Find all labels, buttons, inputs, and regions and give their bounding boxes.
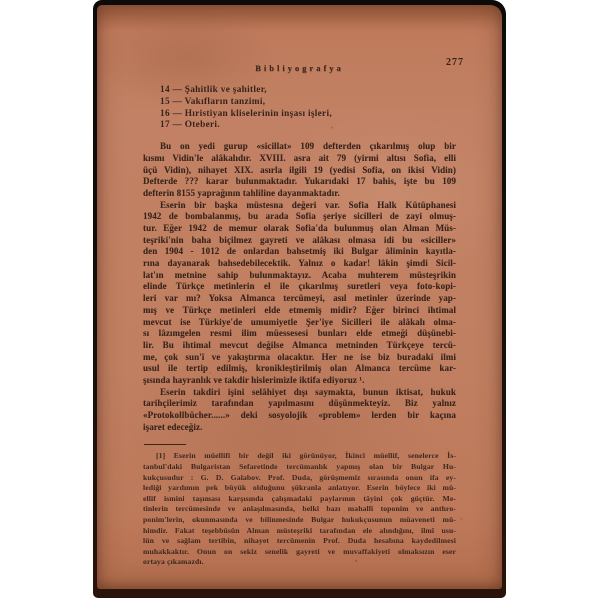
footnote-line: [1] Eserin müellifi bir değil iki görünü…	[143, 451, 456, 462]
paragraph-line: lir. Bu ihtimal mevcut değilse Almanca m…	[143, 340, 456, 352]
footnote-line: lediği yardımın pek büyük olduğunu şükra…	[143, 483, 456, 494]
paragraph-line: Bu on yedi gurup «sicillat» 109 defterde…	[143, 141, 456, 153]
paragraph-line: rına dayanarak bahsedebilecektik. Yalnız…	[143, 258, 456, 270]
paragraph-1: Bu on yedi gurup «sicillat» 109 defterde…	[143, 141, 456, 199]
paragraph-line: Defterde ??? karar bulunmaktadır. Yukarı…	[143, 176, 456, 188]
footnote-line: tinlerin tercümesinde ve anlaşılmasında,…	[143, 504, 456, 515]
page-text-column: Bibliyografya 277 14 — Şahitlik ve şahit…	[143, 5, 456, 568]
paragraph-line: mış ve Türkçe metinleri elde etmemiş mid…	[143, 305, 456, 317]
running-header: Bibliyografya 277	[143, 58, 456, 71]
paragraph-line: işaret edeceğiz.	[143, 422, 456, 434]
footnote-line: lün ve sağlam tertibin, nihayet tercümen…	[143, 536, 456, 547]
paragraph-line: tarihçilerimiz tarafından yapılmasını dü…	[143, 398, 456, 410]
paragraph-3: Eserin takdiri işini selâhiyet dışı saym…	[143, 387, 456, 434]
footnote-line: kukçusudur : G. D. Galabov. Prof. Duda, …	[143, 473, 456, 484]
paragraph-line: me, çok sun'î ve yakıştırma olacaktır. H…	[143, 352, 456, 364]
footnote: [1] Eserin müellifi bir değil iki görünü…	[143, 451, 456, 568]
paragraph-line: Eserin bir başka müstesna değeri var. So…	[143, 200, 456, 212]
footnote-line: ortaya çıkamazdı.	[143, 557, 456, 568]
paragraph-line: mevcut ise Türkiye'de umumiyetle Şer'iye…	[143, 317, 456, 329]
footnote-line: ellif ismini taşıması karşısında çalışma…	[143, 494, 456, 505]
paragraph-line: defterin 8155 yaprağının tahliline dayan…	[143, 188, 456, 200]
paragraph-line: şısında hayranlık ve takdir hislerimizle…	[143, 375, 456, 387]
scan-background: Bibliyografya 277 14 — Şahitlik ve şahit…	[0, 0, 600, 600]
paragraph-line: lat'ın metnine sahip bulunmaktayız. Acab…	[143, 270, 456, 282]
paragraph-line: leri var mı? Yoksa Almanca tercümeyi, as…	[143, 293, 456, 305]
numbered-list: 14 — Şahitlik ve şahitler,15 — Vakıfları…	[160, 85, 456, 132]
paragraph-line: teşriki'nin baha biçilmez gayreti ve alâ…	[143, 235, 456, 247]
paragraph-line: elinde Türkçe metinlerin el ile çıkarılm…	[143, 281, 456, 293]
paragraph-2: Eserin bir başka müstesna değeri var. So…	[143, 200, 456, 387]
footnote-line: ponim'lerin, okunmasında ve bilinmesinde…	[143, 515, 456, 526]
paragraph-line: usul ile tertip edilmiş, kronikleştirilm…	[143, 363, 456, 375]
book-page-photo: Bibliyografya 277 14 — Şahitlik ve şahit…	[93, 0, 506, 598]
page-number: 277	[446, 57, 464, 68]
footnote-line: tanbul'daki Bulgaristan Sefaretinde terc…	[143, 462, 456, 473]
book-page-paper: Bibliyografya 277 14 — Şahitlik ve şahit…	[97, 5, 502, 589]
list-item: 16 — Hıristiyan kliselerinin inşası işle…	[160, 109, 456, 121]
header-title: Bibliyografya	[255, 63, 344, 73]
footnote-line: himdir. Fakat teşebbüsün Alman müsteşrik…	[143, 526, 456, 537]
paragraph-line: den 1904 - 1012 de onlardan bahsetmiş ik…	[143, 246, 456, 258]
list-item: 17 — Öteberi.	[160, 120, 456, 132]
list-item: 14 — Şahitlik ve şahitler,	[160, 85, 456, 97]
paragraph-line: Eserin takdiri işini selâhiyet dışı saym…	[143, 387, 456, 399]
paragraph-line: 1942 de bombalanmış, bu arada Sofia şeri…	[143, 211, 456, 223]
list-item: 15 — Vakıfların tanzimi,	[160, 97, 456, 109]
paragraph-line: üçü Vidin), nihayet XIX. asırla ilgili 1…	[143, 165, 456, 177]
footnote-line: muhakkaktır. Onun on sekiz senelik gayre…	[143, 547, 456, 558]
paragraph-line: kısmı Vidin'le alâkalıdır. XVIII. asra a…	[143, 153, 456, 165]
paragraph-line: «Protokollbücher......» deki sosyolojik …	[143, 410, 456, 422]
footnote-separator	[144, 444, 186, 445]
paragraph-line: tur. Eğer 1942 de memur olarak Sofia'da …	[143, 223, 456, 235]
paragraph-line: sı lâzımgelen resmi ilim müessesesi bunl…	[143, 328, 456, 340]
